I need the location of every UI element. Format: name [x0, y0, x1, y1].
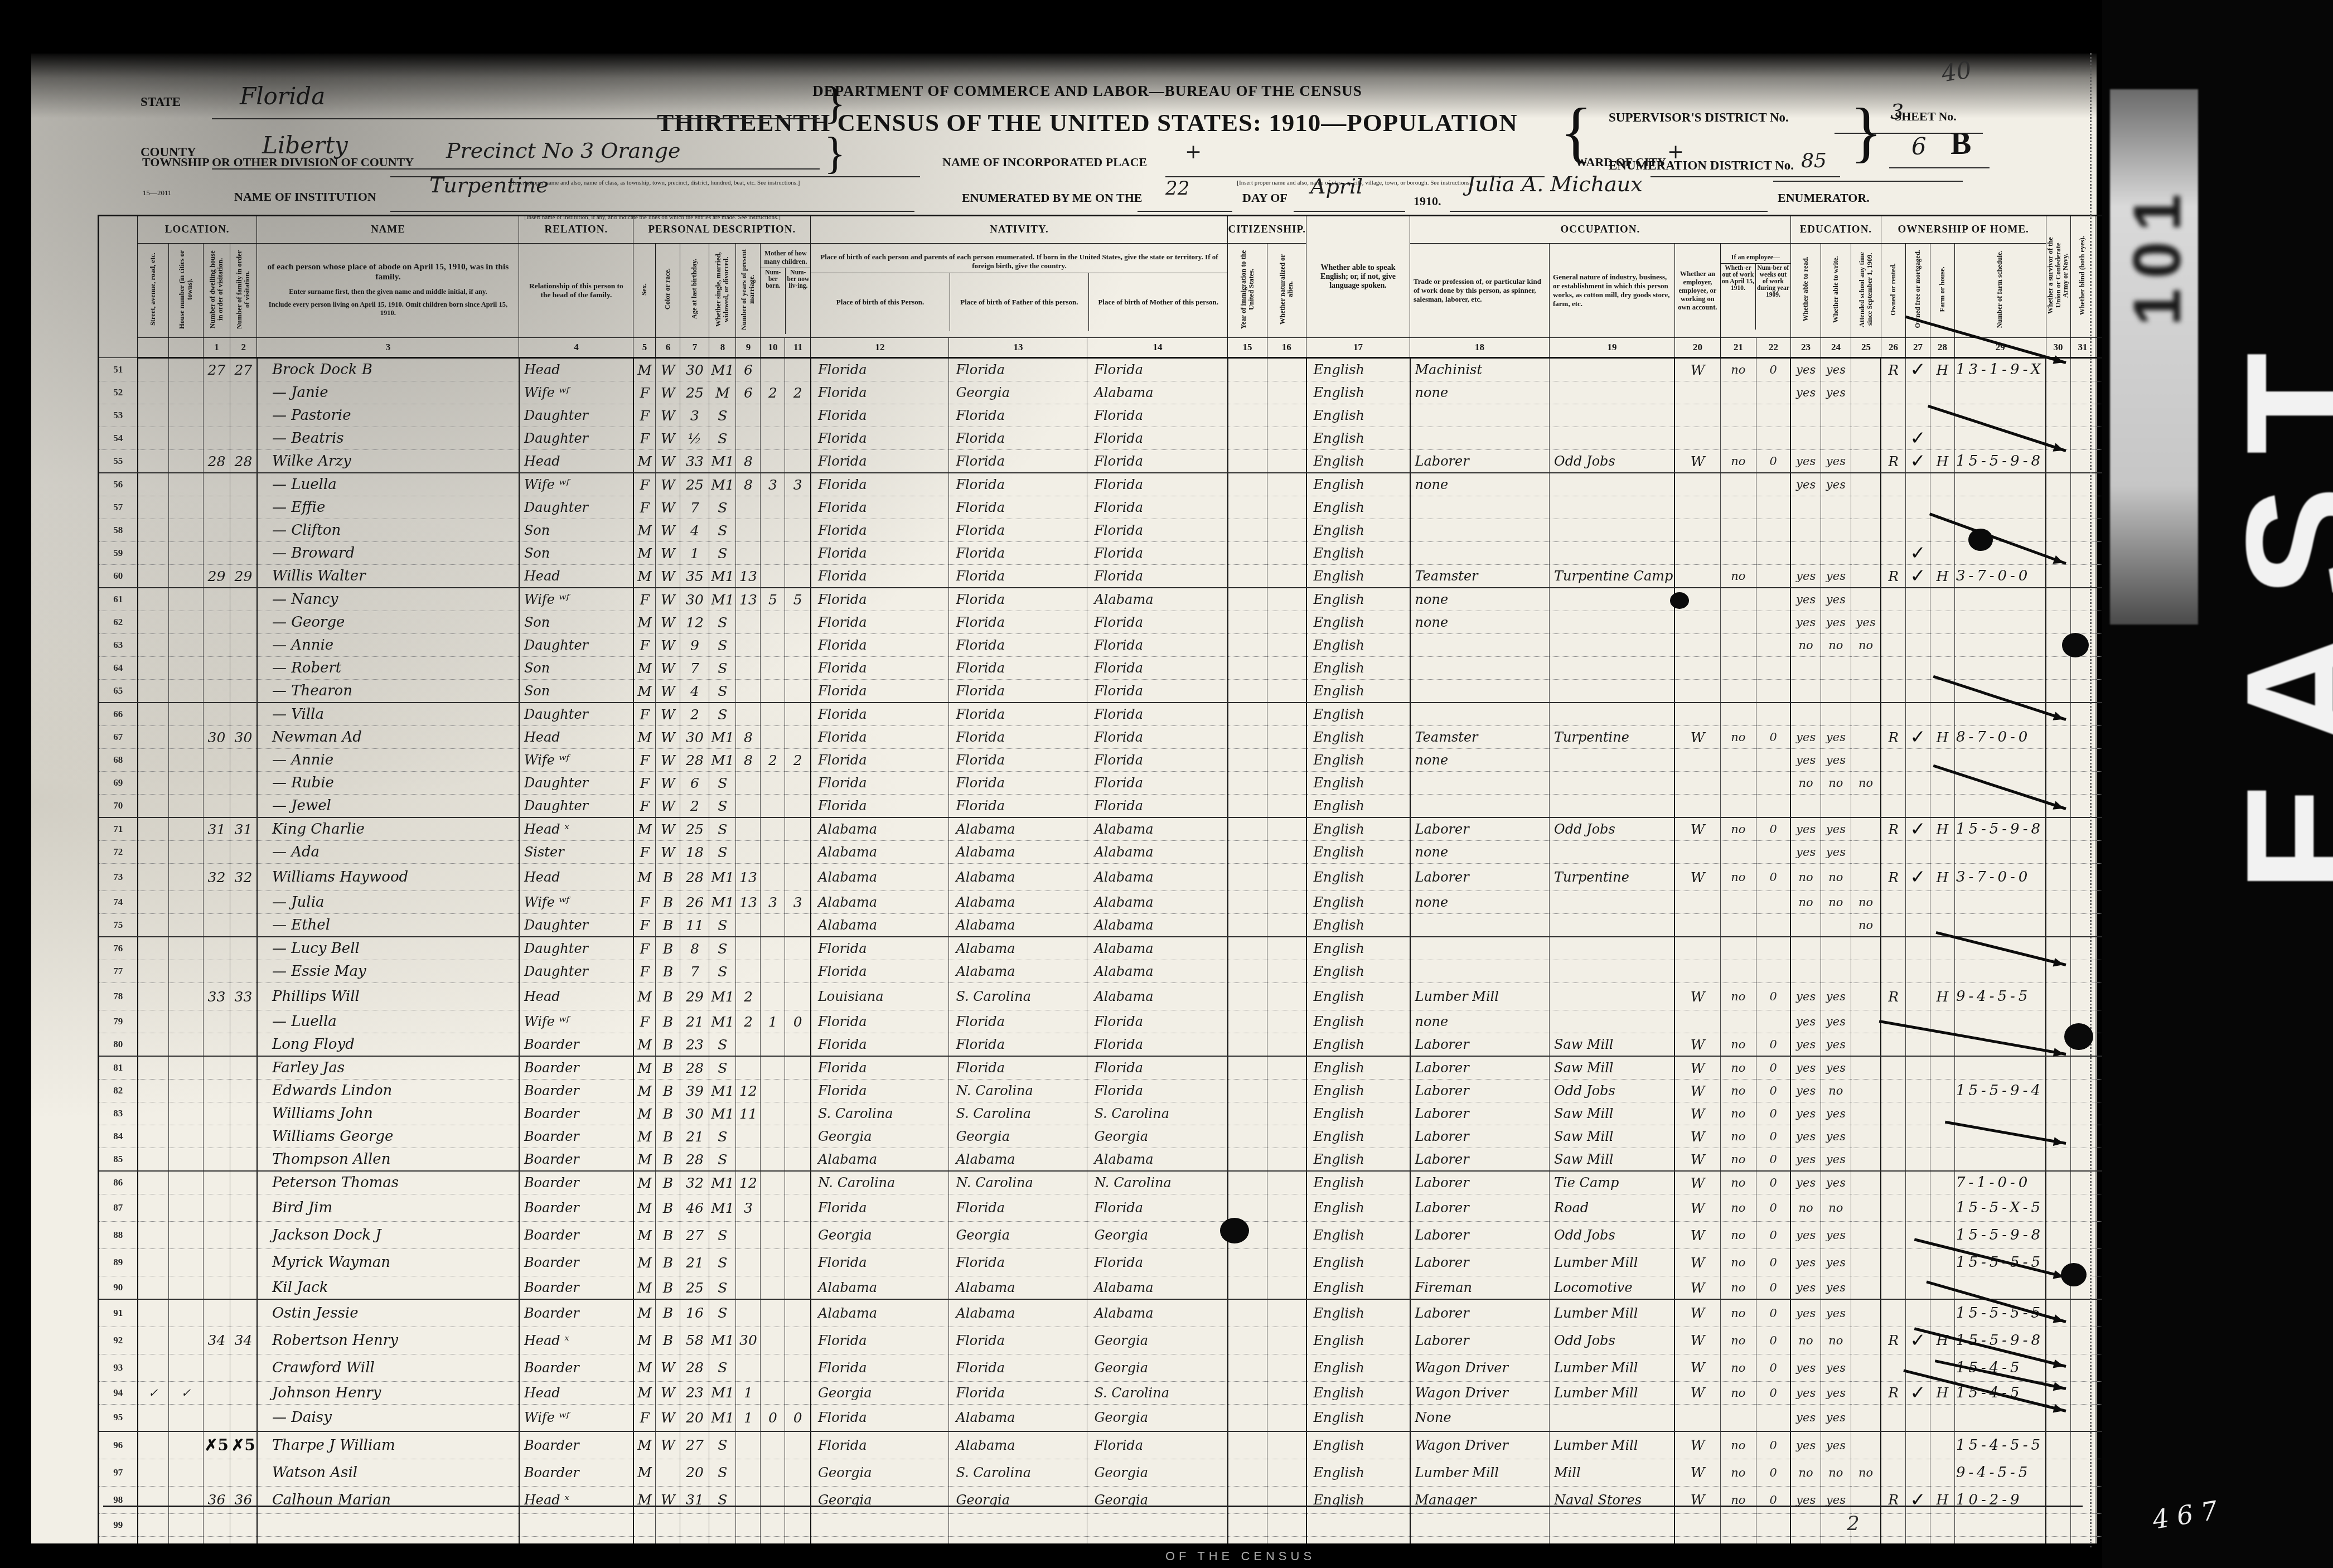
cell [1905, 749, 1930, 772]
column-header: Whether single, married, widowed, or div… [709, 244, 736, 338]
cell [1851, 542, 1881, 565]
cell: 64 [99, 657, 138, 680]
cell: ✓ [1905, 864, 1930, 891]
cell: 28 [680, 1354, 709, 1381]
cell [230, 1404, 256, 1431]
cell [1790, 519, 1821, 542]
table-row: 81Farley JasBoarderMB28SFloridaFloridaFl… [99, 1056, 2199, 1080]
cell: Florida [811, 1431, 949, 1459]
cell: 1 [680, 542, 709, 565]
cell: 69 [99, 772, 138, 795]
cell: 15-5-9-8 [1954, 817, 2046, 841]
cell: Georgia [811, 1125, 949, 1148]
cell [1550, 634, 1675, 657]
cell: 78 [99, 983, 138, 1010]
cell [230, 1299, 256, 1327]
cell [204, 1459, 230, 1486]
cell [1954, 496, 2046, 519]
cell [169, 427, 204, 450]
cell [1550, 841, 1675, 864]
cell: B [656, 960, 680, 983]
cell: M1 [709, 1327, 736, 1354]
column-header: of each person whose place of abode on A… [257, 244, 519, 338]
cell: H [1930, 1327, 1954, 1354]
cell: Florida [1087, 404, 1228, 427]
cell [1674, 1010, 1720, 1033]
cell: None [1410, 1404, 1550, 1431]
cell: yes [1790, 1404, 1821, 1431]
cell: Alabama [1087, 891, 1228, 914]
cell: yes [1821, 1222, 1851, 1249]
cell [2046, 891, 2070, 914]
cell [1550, 960, 1675, 983]
cell [1267, 1033, 1306, 1057]
cell: 0 [1756, 1299, 1790, 1327]
cell: S [709, 960, 736, 983]
cell [1881, 1125, 1905, 1148]
cell: English [1306, 1148, 1410, 1172]
cell [1756, 937, 1790, 960]
cell [761, 1299, 785, 1327]
cell: R [1881, 565, 1905, 588]
column-number: 22 [1756, 338, 1790, 358]
enumerator-label: ENUMERATOR. [1778, 191, 1870, 205]
cell: W [1674, 1222, 1720, 1249]
cell: H [1930, 983, 1954, 1010]
cell [1267, 404, 1306, 427]
cell [1410, 427, 1550, 450]
cell [1905, 1431, 1930, 1459]
cell [1720, 891, 1756, 914]
cell: none [1410, 473, 1550, 496]
column-header: Whether able to read. [1790, 244, 1821, 338]
cell [1954, 841, 2046, 864]
cell [138, 983, 169, 1010]
cell [1228, 1080, 1267, 1102]
cell: 76 [99, 937, 138, 960]
cell: Florida [811, 1327, 949, 1354]
cell: Crawford Will [257, 1354, 519, 1381]
cell: yes [1821, 358, 1851, 381]
cell [736, 795, 761, 818]
cell [1756, 611, 1790, 634]
cell: Laborer [1410, 1327, 1550, 1354]
cell: S [709, 1431, 736, 1459]
cell: W [1674, 1354, 1720, 1381]
cell [1228, 1431, 1267, 1459]
cell [169, 914, 204, 937]
cell [169, 450, 204, 473]
cell: Florida [1087, 473, 1228, 496]
cell: King Charlie [257, 817, 519, 841]
enumeration-district-value: 85 [1801, 149, 1827, 172]
cell: S. Carolina [1087, 1102, 1228, 1125]
cell: S [709, 841, 736, 864]
cell: English [1306, 1033, 1410, 1057]
cell: yes [1821, 1148, 1851, 1172]
cell [736, 772, 761, 795]
cell [1228, 983, 1267, 1010]
cell [1550, 772, 1675, 795]
cell [1674, 749, 1720, 772]
cell [1410, 960, 1550, 983]
month-rule [1294, 211, 1405, 212]
cell: Head ˣ [519, 1327, 633, 1354]
cell: F [633, 496, 656, 519]
column-header: Whether able to write. [1821, 244, 1851, 338]
cell [1410, 937, 1550, 960]
cell: Wife ʷᶠ [519, 381, 633, 404]
cell [169, 381, 204, 404]
cell [1905, 1276, 1930, 1300]
cell: Georgia [1087, 1404, 1228, 1431]
cell [204, 519, 230, 542]
cell [138, 960, 169, 983]
cell: yes [1821, 1010, 1851, 1033]
cell: 68 [99, 749, 138, 772]
cell: 3 [680, 404, 709, 427]
cell: 92 [99, 1327, 138, 1354]
cell: Alabama [949, 891, 1087, 914]
cell [785, 1102, 811, 1125]
cell: Florida [949, 519, 1087, 542]
cell: no [1720, 1148, 1756, 1172]
table-row: 83Williams JohnBoarderMB30M111S. Carolin… [99, 1102, 2199, 1125]
cell [230, 937, 256, 960]
cell: yes [1790, 1125, 1821, 1148]
cell: 12 [680, 611, 709, 634]
cell [1267, 657, 1306, 680]
bottom-band-text: OF THE CENSUS [1165, 1549, 1315, 1564]
cell [1228, 381, 1267, 404]
cell [1905, 381, 1930, 404]
cell [1930, 611, 1954, 634]
cell [785, 611, 811, 634]
cell: — Lucy Bell [257, 937, 519, 960]
cell: yes [1821, 1102, 1851, 1125]
cell: Florida [949, 473, 1087, 496]
cell [230, 1222, 256, 1249]
cell: 13-1-9-X [1954, 358, 2046, 381]
cell: 0 [1756, 1222, 1790, 1249]
cell: 7 [680, 657, 709, 680]
cell: Georgia [1087, 1459, 1228, 1486]
cell [785, 542, 811, 565]
cell [1851, 1056, 1881, 1080]
cell [169, 519, 204, 542]
cell: English [1306, 450, 1410, 473]
cell: 13 [736, 565, 761, 588]
cell [204, 1080, 230, 1102]
cell: 52 [99, 381, 138, 404]
cell: H [1930, 1381, 1954, 1404]
cell: 51 [99, 358, 138, 381]
cell [785, 937, 811, 960]
cell [1410, 519, 1550, 542]
cell: ✓ [1905, 358, 1930, 381]
cell [785, 1459, 811, 1486]
table-row: 94✓✓Johnson HenryHeadMW23M11GeorgiaFlori… [99, 1381, 2199, 1404]
cell [1881, 657, 1905, 680]
cell: yes [1790, 1486, 1821, 1513]
cell: Florida [1087, 795, 1228, 818]
cell: M [633, 565, 656, 588]
cell [1306, 1513, 1410, 1536]
cell: Boarder [519, 1459, 633, 1486]
cell [1228, 1486, 1267, 1513]
cell [785, 1171, 811, 1194]
cell [785, 817, 811, 841]
cell: Florida [811, 611, 949, 634]
cell [1756, 703, 1790, 726]
cell [1228, 588, 1267, 611]
cell [169, 358, 204, 381]
cell: Wife ʷᶠ [519, 473, 633, 496]
cell [1756, 914, 1790, 937]
cell: S [709, 1299, 736, 1327]
cell [1674, 937, 1720, 960]
column-number: 15 [1228, 338, 1267, 358]
cell [1881, 891, 1905, 914]
cell [1228, 772, 1267, 795]
cell: Florida [949, 427, 1087, 450]
cell: 86 [99, 1171, 138, 1194]
cell: H [1930, 1486, 1954, 1513]
cell [1851, 1381, 1881, 1404]
cell: M [633, 1354, 656, 1381]
cell: 27 [680, 1431, 709, 1459]
cell [1228, 1381, 1267, 1404]
cell: English [1306, 1354, 1410, 1381]
cell [2046, 1171, 2070, 1194]
cell [169, 1222, 204, 1249]
column-number: 11 [785, 338, 811, 358]
cell [1905, 891, 1930, 914]
table-row: 602929Willis WalterHeadMW35M113FloridaFl… [99, 565, 2199, 588]
cell: Laborer [1410, 864, 1550, 891]
cell: Williams John [257, 1102, 519, 1125]
cell [204, 1222, 230, 1249]
cell: 15-5-X-5 [1954, 1194, 2046, 1222]
cell [1954, 473, 2046, 496]
cell [785, 1486, 811, 1513]
cell [1228, 864, 1267, 891]
cell [230, 1033, 256, 1057]
cell [1790, 1513, 1821, 1536]
cell: Head ˣ [519, 817, 633, 841]
cell [1790, 937, 1821, 960]
cell: 85 [99, 1148, 138, 1172]
cell: S. Carolina [949, 1102, 1087, 1125]
cell: English [1306, 680, 1410, 703]
cell [785, 1381, 811, 1404]
cell [138, 427, 169, 450]
cell: no [1720, 565, 1756, 588]
cell [138, 1194, 169, 1222]
cell [1851, 381, 1881, 404]
cell: 0 [1756, 1194, 1790, 1222]
cell [1410, 795, 1550, 818]
cell: M1 [709, 588, 736, 611]
cell: 0 [785, 1010, 811, 1033]
table-row: 95— DaisyWife ʷᶠFW20M1100FloridaAlabamaG… [99, 1404, 2199, 1431]
cell [204, 1148, 230, 1172]
cell: Alabama [1087, 1276, 1228, 1300]
cell: Peterson Thomas [257, 1171, 519, 1194]
cell: Florida [949, 450, 1087, 473]
cell: Florida [1087, 703, 1228, 726]
cell: — Villa [257, 703, 519, 726]
cell [785, 1194, 811, 1222]
cell: Head [519, 358, 633, 381]
cell: W [656, 588, 680, 611]
cell [736, 914, 761, 937]
cell: Alabama [1087, 864, 1228, 891]
cell: R [1881, 450, 1905, 473]
cell: 83 [99, 1102, 138, 1125]
cell [1756, 542, 1790, 565]
cell [1228, 937, 1267, 960]
cell: yes [1821, 1276, 1851, 1300]
cell: Alabama [949, 1404, 1087, 1431]
cell [1881, 1222, 1905, 1249]
cell: 60 [99, 565, 138, 588]
cell [785, 1148, 811, 1172]
sheet-rule [1889, 167, 1990, 168]
cell [2046, 749, 2070, 772]
cell [1228, 542, 1267, 565]
cell [1550, 703, 1675, 726]
cell: Turpentine [1550, 726, 1675, 749]
incorporated-place-label: NAME OF INCORPORATED PLACE [942, 155, 1147, 170]
cell [138, 864, 169, 891]
cell: W [656, 404, 680, 427]
cell: no [1790, 864, 1821, 891]
cell [1228, 891, 1267, 914]
cell [169, 864, 204, 891]
column-header: NATIVITY. [811, 216, 1228, 244]
cell: English [1306, 726, 1410, 749]
cell: Wagon Driver [1410, 1431, 1550, 1459]
cell: Georgia [1087, 1327, 1228, 1354]
cell [1930, 937, 1954, 960]
cell: English [1306, 1459, 1410, 1486]
cell [785, 1033, 811, 1057]
cell [138, 841, 169, 864]
cell [1550, 588, 1675, 611]
cell: 2 [680, 795, 709, 818]
cell: Laborer [1410, 1171, 1550, 1194]
cell: W [1674, 1249, 1720, 1276]
cell [1756, 960, 1790, 983]
cell: M [633, 864, 656, 891]
cell: 73 [99, 864, 138, 891]
cell: English [1306, 749, 1410, 772]
cell [169, 1249, 204, 1276]
cell [761, 680, 785, 703]
cell: Head [519, 565, 633, 588]
cell: 7 [680, 496, 709, 519]
cell [230, 1459, 256, 1486]
cell: F [633, 749, 656, 772]
cell [230, 611, 256, 634]
cell: S [709, 542, 736, 565]
cell: B [656, 1222, 680, 1249]
cell: Boarder [519, 1431, 633, 1459]
cell: Head [519, 726, 633, 749]
cell [785, 914, 811, 937]
column-number: 6 [656, 338, 680, 358]
cell [785, 726, 811, 749]
cell [1674, 404, 1720, 427]
cell: 8 [736, 749, 761, 772]
cell: 28 [680, 864, 709, 891]
cell: 6 [736, 358, 761, 381]
cell: S [709, 611, 736, 634]
cell: 33 [204, 983, 230, 1010]
cell: Laborer [1410, 1125, 1550, 1148]
cell [736, 1299, 761, 1327]
cell: no [1821, 1194, 1851, 1222]
cell [785, 680, 811, 703]
cell [1851, 1102, 1881, 1125]
cell [761, 1486, 785, 1513]
cell: W [656, 1381, 680, 1404]
cell [761, 772, 785, 795]
cell: Alabama [1087, 381, 1228, 404]
cell: ✓ [1905, 450, 1930, 473]
cell: 35 [680, 565, 709, 588]
cell [1954, 657, 2046, 680]
cell [1851, 817, 1881, 841]
cell: W [656, 680, 680, 703]
cell [1851, 1276, 1881, 1300]
year-label: 1910. [1414, 194, 1441, 209]
cell [736, 427, 761, 450]
cell [1851, 1222, 1881, 1249]
cell: Edwards Lindon [257, 1080, 519, 1102]
incorporated-place-value: + [1185, 141, 1202, 163]
cell: Wife ʷᶠ [519, 891, 633, 914]
page-edge-dotted-line [2090, 53, 2092, 1547]
table-row: 57— EffieDaughterFW7SFloridaFloridaFlori… [99, 496, 2199, 519]
cell [204, 1033, 230, 1057]
cell: English [1306, 1194, 1410, 1222]
cell [1267, 983, 1306, 1010]
cell: ✓ [1905, 1381, 1930, 1404]
cell: 36 [230, 1486, 256, 1513]
cell [736, 1222, 761, 1249]
cell [1905, 657, 1930, 680]
cell: F [633, 795, 656, 818]
cell [1720, 634, 1756, 657]
column-number: 16 [1267, 338, 1306, 358]
cell: English [1306, 983, 1410, 1010]
cell [1851, 1080, 1881, 1102]
cell: Florida [811, 565, 949, 588]
cell: Georgia [949, 1486, 1087, 1513]
institution-rule [390, 211, 914, 212]
cell: 0 [1756, 1171, 1790, 1194]
table-row: 68— AnnieWife ʷᶠFW28M1822FloridaFloridaF… [99, 749, 2199, 772]
cell: Florida [949, 1354, 1087, 1381]
cell: yes [1851, 611, 1881, 634]
cell: M [633, 1381, 656, 1404]
cell: Alabama [1087, 1299, 1228, 1327]
cell: yes [1790, 983, 1821, 1010]
cell: 30 [680, 358, 709, 381]
cell: S [709, 634, 736, 657]
